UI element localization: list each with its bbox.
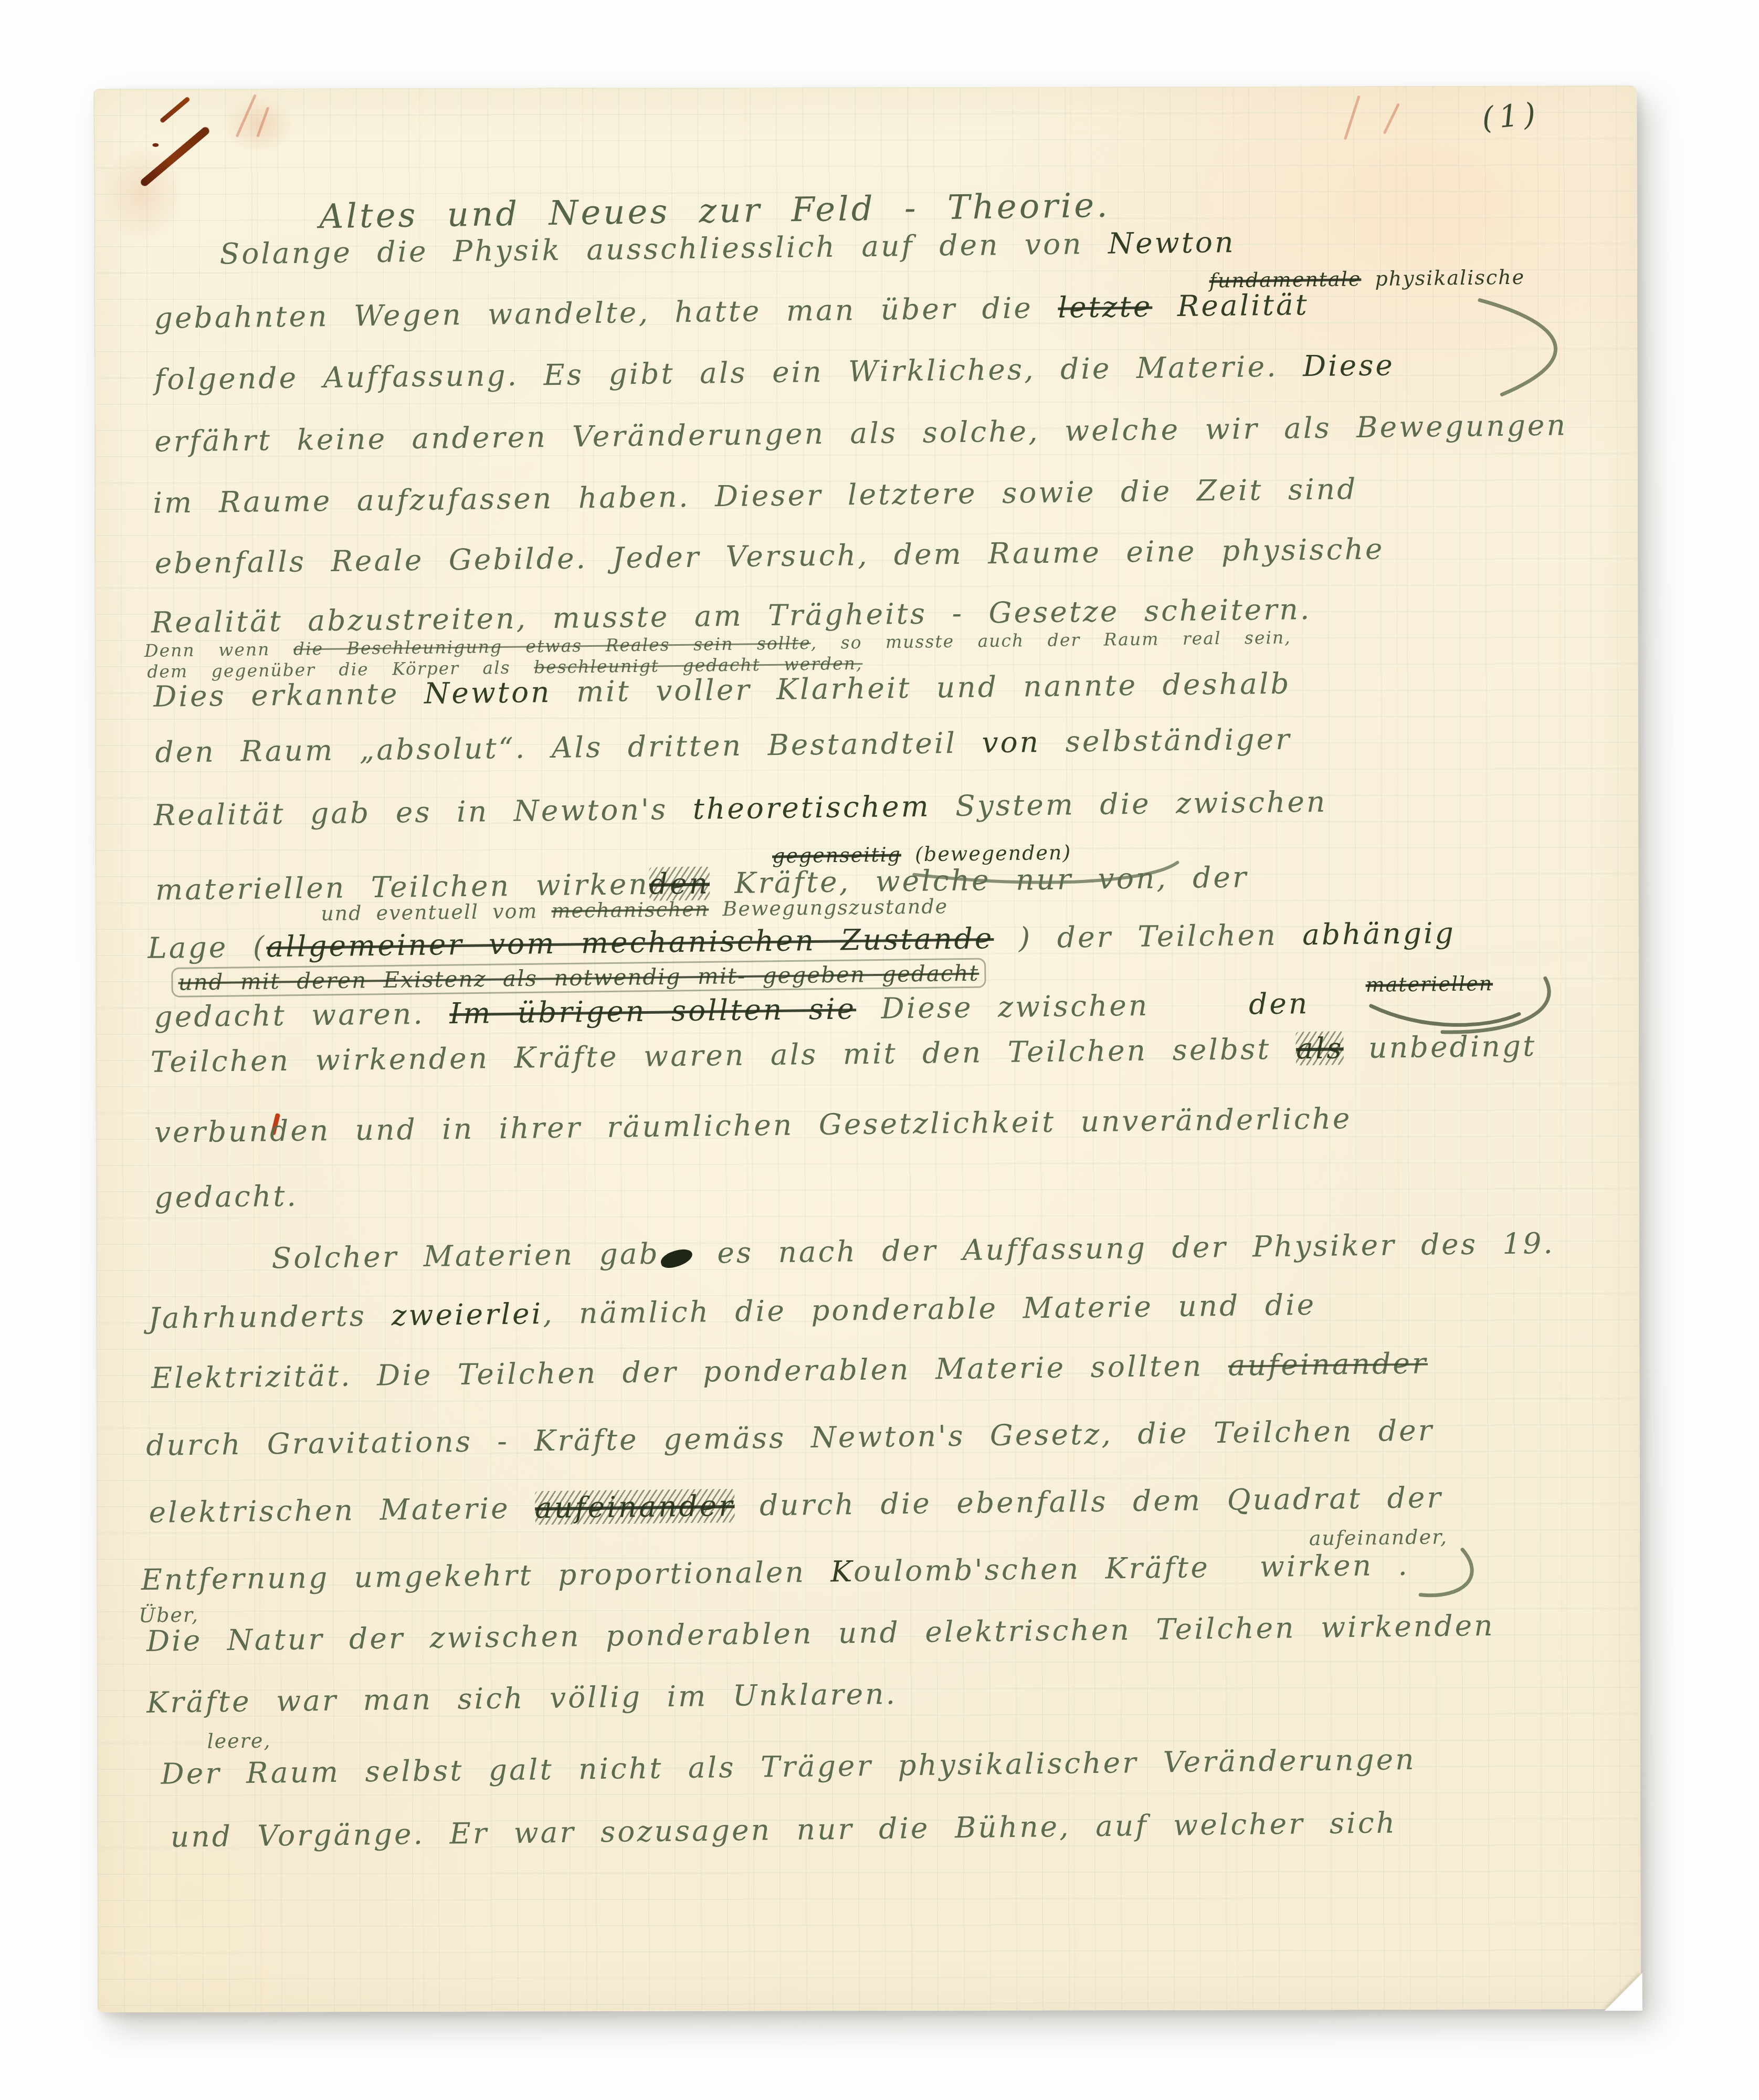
handwritten-text: Newton	[1108, 225, 1236, 260]
struck-text: Im übrigen sollten sie	[449, 992, 857, 1030]
handwritten-text: Denn wenn	[144, 639, 293, 661]
handwritten-text: Diese	[1303, 348, 1395, 383]
ink-smudge	[84, 125, 200, 262]
struck-text: allgemeiner vom mechanischen Zustande	[266, 921, 994, 963]
handwritten-text: Realität	[1152, 288, 1309, 323]
ink-blot	[659, 1247, 694, 1270]
handwritten-text: Newton	[424, 675, 552, 710]
handwritten-text: es nach der Auffassung der Physiker des …	[692, 1226, 1555, 1270]
interline-insert-i: leere,	[207, 1729, 271, 1752]
handwritten-text: elektrischen Materie	[149, 1491, 535, 1529]
line-18: Solcher Materien gab es nach der Auffass…	[271, 1226, 1555, 1275]
handwritten-text: Entfernung umgekehrt proportionalen	[141, 1555, 830, 1597]
red-ink-stain-stroke	[139, 125, 211, 187]
line-09: den Raum „absolut“. Als dritten Bestandt…	[155, 722, 1292, 769]
red-scratch-mark	[1344, 95, 1361, 140]
line-10: Realität gab es in Newton's theoretische…	[153, 785, 1327, 832]
line-27: und Vorgänge. Er war sozusagen nur die B…	[170, 1805, 1397, 1853]
handwritten-text: gedacht waren.	[154, 996, 449, 1034]
handwritten-text: , so musste auch der Raum real sein,	[810, 627, 1291, 653]
handwritten-text: leere,	[207, 1729, 271, 1752]
margin-correction-f: materiellen	[1365, 972, 1493, 996]
handwritten-text: Jahrhunderts	[148, 1298, 391, 1335]
line-06: ebenfalls Reale Gebilde. Jeder Versuch, …	[154, 532, 1384, 580]
line-23: Entfernung umgekehrt proportionalen Koul…	[141, 1548, 1409, 1597]
red-scratch-mark	[256, 107, 269, 137]
red-ink-stain-stroke-small	[160, 96, 191, 123]
handwritten-text: aufeinander,	[1309, 1525, 1448, 1550]
handwritten-text: physikalische	[1361, 266, 1525, 291]
handwritten-text: den	[649, 866, 710, 900]
handwritten-text: selbständiger	[1040, 722, 1292, 759]
handwritten-text: und mit deren Existenz als notwendig mit…	[173, 960, 984, 996]
handwritten-text: durch die ebenfalls dem Quadrat der	[734, 1480, 1443, 1522]
red-ink-stain-dot	[152, 143, 159, 147]
handwritten-text: ) der Teilchen	[994, 918, 1302, 955]
line-19: Jahrhunderts zweierlei, nämlich die pond…	[148, 1288, 1316, 1335]
handwritten-text: von	[982, 725, 1040, 759]
line-22: elektrischen Materie aufeinander durch d…	[149, 1480, 1443, 1529]
line-05: im Raume aufzufassen haben. Dieser letzt…	[153, 472, 1357, 520]
handwritten-text: Dies erkannte	[153, 677, 425, 713]
handwritten-text: ebenfalls Reale Gebilde. Jeder Versuch, …	[154, 532, 1384, 580]
handwritten-text: aufeinander	[535, 1489, 735, 1525]
handwritten-text: , nämlich die ponderable Materie und die	[543, 1288, 1316, 1330]
handwritten-text: Solcher Materien gab	[271, 1237, 660, 1275]
line-21: durch Gravitations - Kräfte gemäss Newto…	[146, 1413, 1434, 1462]
handwritten-text: als	[1296, 1031, 1344, 1065]
line-24: Die Natur der zwischen ponderablen und e…	[146, 1609, 1495, 1658]
handwritten-text: Bewegungszustande	[709, 895, 948, 920]
handwritten-text: und eventuell vom	[321, 899, 552, 925]
handwritten-text: durch Gravitations - Kräfte gemäss Newto…	[146, 1413, 1434, 1462]
line-04: erfährt keine anderen Veränderungen als …	[154, 408, 1567, 458]
document-scan-background: (1) Altes und Neues zur Feld - Theorie. …	[0, 0, 1759, 2100]
ink-smudge	[209, 85, 309, 164]
handwritten-text: im Raume aufzufassen haben. Dieser letzt…	[153, 472, 1357, 520]
handwritten-text: und Vorgänge. Er war sozusagen nur die B…	[170, 1805, 1397, 1853]
handwritten-text: oulomb'schen Kräfte wirken .	[854, 1548, 1410, 1588]
handwritten-text: System die zwischen	[930, 785, 1327, 823]
manuscript-text-layer: Solange die Physik ausschliesslich auf d…	[93, 86, 1637, 89]
line-02: gebahnten Wegen wandelte, hatte man über…	[154, 288, 1309, 335]
handwritten-text: erfährt keine anderen Veränderungen als …	[154, 408, 1567, 458]
line-03: folgende Auffassung. Es gibt als ein Wir…	[154, 348, 1395, 396]
manuscript-page: (1) Altes und Neues zur Feld - Theorie. …	[93, 86, 1641, 2012]
line-16: verbunden und in ihrer räumlichen Gesetz…	[154, 1101, 1352, 1149]
handwritten-text: Teilchen wirkenden Kräfte waren als mit …	[150, 1032, 1296, 1079]
struck-text: gegenseitig	[772, 843, 901, 868]
handwritten-text: den Raum „absolut“. Als dritten Bestandt…	[155, 726, 982, 769]
struck-text: mechanischen	[551, 898, 709, 923]
handwritten-text: verbunden und in ihrer räumlichen Gesetz…	[154, 1101, 1352, 1149]
line-20: Elektrizität. Die Teilchen der ponderabl…	[151, 1346, 1428, 1394]
handwritten-text: abhängig	[1302, 916, 1456, 951]
interline-insert-g: aufeinander,	[1309, 1525, 1448, 1550]
handwritten-text: Der Raum selbst galt nicht als Träger ph…	[161, 1742, 1416, 1791]
handwritten-text: Realität gab es in Newton's	[153, 792, 693, 832]
handwritten-text: K	[830, 1555, 854, 1589]
handwritten-text: folgende Auffassung. Es gibt als ein Wir…	[154, 349, 1303, 396]
handwritten-text: Kräfte, welche nur von, der	[710, 860, 1249, 900]
line-17: gedacht.	[154, 1179, 298, 1214]
handwritten-text: zweierlei	[391, 1297, 543, 1332]
handwritten-text: unbedingt	[1343, 1029, 1536, 1065]
line-25: Kräfte war man sich völlig im Unklaren.	[146, 1677, 897, 1719]
line-26: Der Raum selbst galt nicht als Träger ph…	[161, 1742, 1416, 1791]
handwritten-text: den	[1174, 986, 1309, 1022]
handwritten-text: Die Natur der zwischen ponderablen und e…	[146, 1609, 1495, 1658]
handwritten-text: gebahnten Wegen wandelte, hatte man über…	[154, 291, 1058, 335]
red-scratch-mark	[1383, 103, 1400, 134]
page-number: (1)	[1480, 96, 1542, 136]
handwritten-text: Elektrizität. Die Teilchen der ponderabl…	[151, 1349, 1228, 1395]
handwritten-text: Kräfte war man sich völlig im Unklaren.	[146, 1677, 897, 1719]
handwritten-text: theoretischem	[692, 790, 931, 826]
handwritten-text: Diese zwischen	[856, 988, 1174, 1025]
handwritten-text: Lage (	[148, 930, 267, 965]
struck-text: aufeinander	[1228, 1346, 1428, 1382]
struck-interline-13: und mit deren Existenz als notwendig mit…	[173, 960, 984, 995]
handwritten-text: gedacht.	[154, 1179, 298, 1214]
torn-corner	[1605, 1973, 1642, 2011]
red-scratch-mark	[236, 94, 257, 137]
line-15: Teilchen wirkenden Kräfte waren als mit …	[150, 1029, 1536, 1079]
struck-text: letzte	[1058, 290, 1153, 324]
struck-text: materiellen	[1365, 972, 1493, 996]
